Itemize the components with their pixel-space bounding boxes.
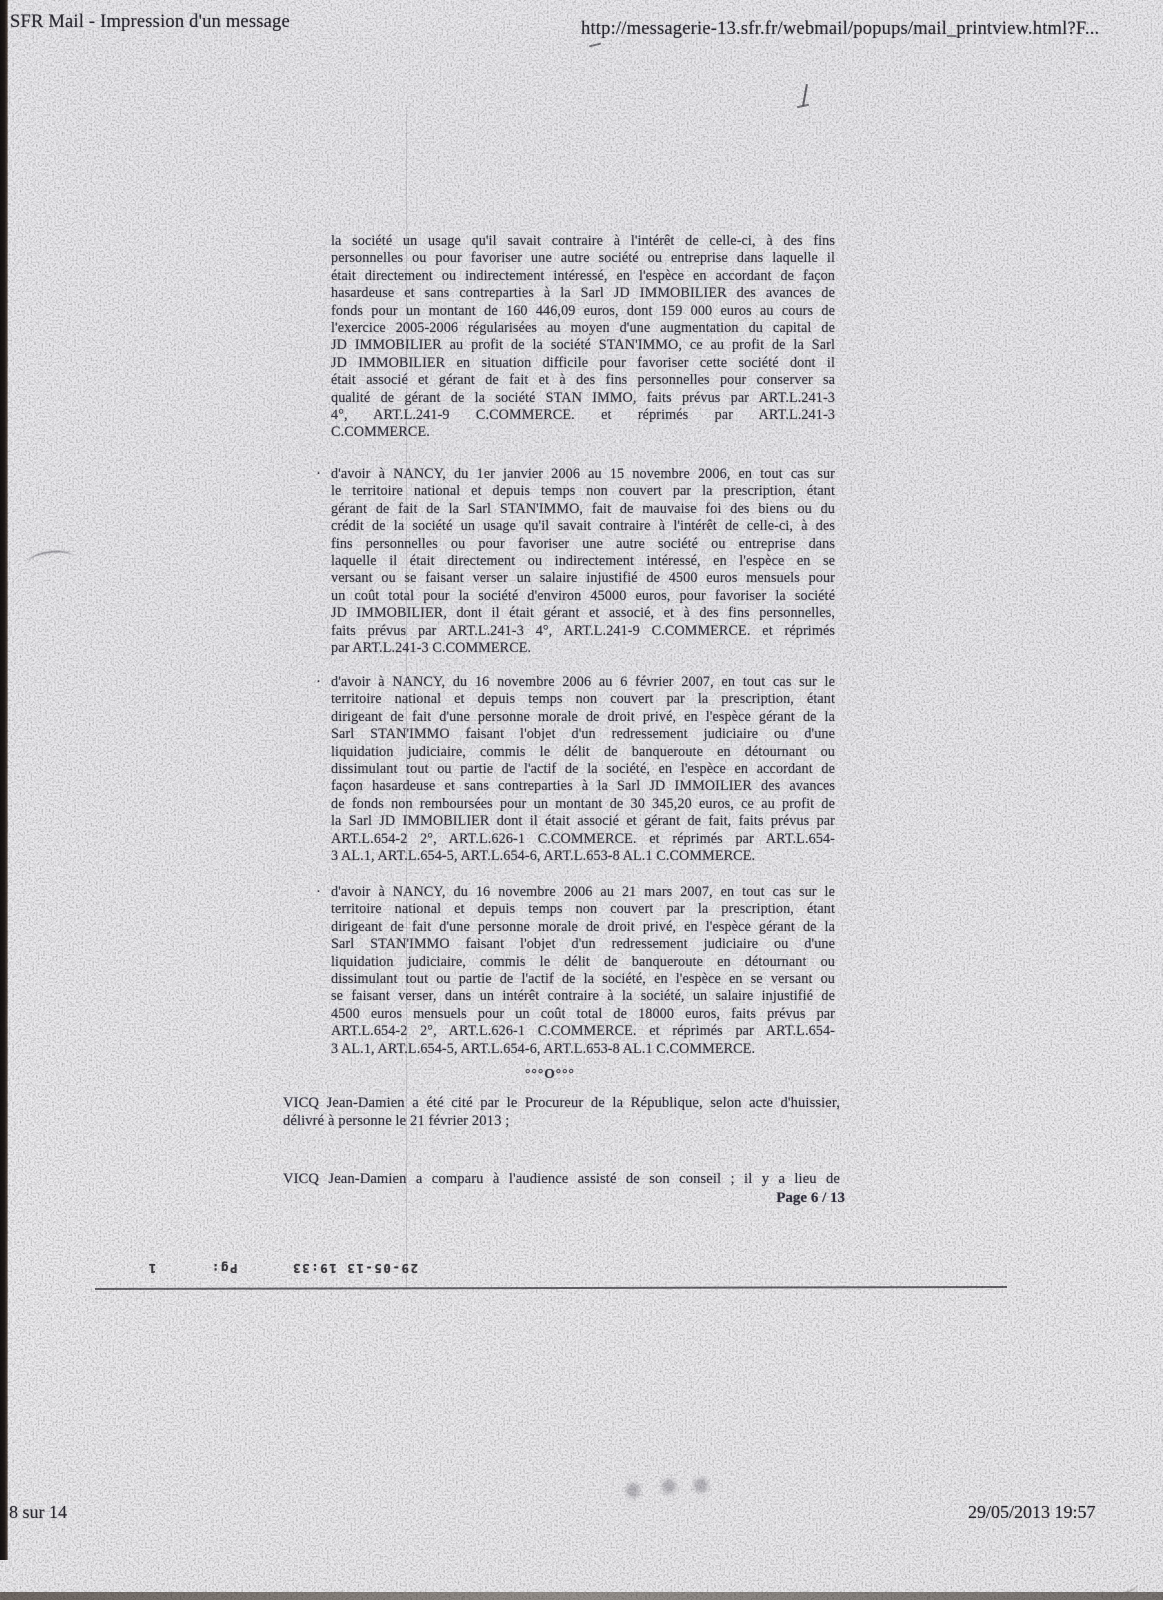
text-line: dissimulant tout ou partie de l'actif de… [331, 761, 835, 778]
paragraph: la société un usage qu'il savait contrai… [331, 233, 835, 442]
text-line: qualité de gérant de la société STAN IMM… [331, 390, 835, 407]
text-line: hasardeuse et sans contreparties à la Sa… [331, 285, 835, 302]
text-line: faits prévus par ART.L.241-3 4°, ART.L.2… [331, 623, 835, 640]
text-line: façon hasardeuse et sans contreparties à… [331, 778, 835, 795]
text-line: JD IMMOBILIER, dont il était gérant et a… [331, 605, 835, 622]
text-line: crédit de la société un usage qu'il sava… [331, 518, 835, 535]
text-line: liquidation judiciaire, commis le délit … [331, 744, 835, 761]
text-line: liquidation judiciaire, commis le délit … [331, 954, 835, 971]
scan-artifact-smudge [662, 1479, 676, 1494]
closing-paragraph: VICQ Jean-Damien a comparu à l'audience … [283, 1171, 840, 1189]
text-line: dirigeant de fait d'une personne morale … [331, 709, 835, 726]
text-line: JD IMMOBILIER au profit de la société ST… [331, 337, 835, 354]
bullet-marker: · [316, 466, 321, 483]
text-line: d'avoir à NANCY, du 16 novembre 2006 au … [331, 884, 835, 901]
footer-page-count: 8 sur 14 [9, 1502, 67, 1523]
paragraph: · d'avoir à NANCY, du 16 novembre 2006 a… [331, 884, 835, 1058]
closing-paragraph: VICQ Jean-Damien a été cité par le Procu… [283, 1095, 840, 1130]
text-line: Sarl STAN'IMMO faisant l'objet d'un redr… [331, 726, 835, 743]
bullet-marker: · [316, 884, 321, 901]
scan-edge-bottom [0, 1592, 1163, 1600]
text-line: 4500 euros mensuels pour un coût total d… [331, 1006, 835, 1023]
text-line: 3 AL.1, ART.L.654-5, ART.L.654-6, ART.L.… [331, 848, 835, 865]
text-line: ART.L.654-2 2°, ART.L.626-1 C.COMMERCE. … [331, 831, 835, 848]
paragraph: · d'avoir à NANCY, du 1er janvier 2006 a… [331, 466, 835, 657]
text-line: laquelle il était directement ou indirec… [331, 553, 835, 570]
text-line: territoire national et depuis temps non … [331, 691, 835, 708]
text-line: dissimulant tout ou partie de l'actif de… [331, 971, 835, 988]
text-line: l'exercice 2005-2006 régularisées au moy… [331, 320, 835, 337]
text-line: fins personnelles ou pour favoriser une … [331, 536, 835, 553]
text-line: était directement ou indirectement intér… [331, 268, 835, 285]
fax-separator-line [95, 1286, 1007, 1290]
text-line: était associé et gérant de fait et à des… [331, 372, 835, 389]
section-separator: °°°O°°° [331, 1066, 835, 1082]
scan-artifact-curl [27, 548, 75, 571]
text-line: JD IMMOBILIER en situation difficile pou… [331, 355, 835, 372]
text-line: gérant de fait de la Sarl STAN'IMMO, fai… [331, 501, 835, 518]
fax-timestamp-upside-down: 29-05-13 19:33 Pg: 1 [150, 1261, 418, 1276]
scan-artifact-stroke-foot [797, 104, 809, 108]
text-line: fonds pour un montant de 160 446,09 euro… [331, 303, 835, 320]
scan-artifact-dash [589, 43, 601, 48]
text-line: d'avoir à NANCY, du 16 novembre 2006 au … [331, 674, 835, 691]
text-line: la société un usage qu'il savait contrai… [331, 233, 835, 250]
footer-datetime: 29/05/2013 19:57 [968, 1502, 1096, 1523]
text-line: 3 AL.1, ART.L.654-5, ART.L.654-6, ART.L.… [331, 1041, 835, 1058]
text-line: VICQ Jean-Damien a été cité par le Procu… [283, 1095, 840, 1113]
text-line: ART.L.654-2 2°, ART.L.626-1 C.COMMERCE. … [331, 1023, 835, 1040]
text-line: la Sarl JD IMMOBILIER dont il était asso… [331, 813, 835, 830]
scan-artifact-stroke [802, 84, 808, 106]
paragraph: · d'avoir à NANCY, du 16 novembre 2006 a… [331, 674, 835, 865]
text-line: territoire national et depuis temps non … [331, 901, 835, 918]
scanned-page: SFR Mail - Impression d'un message http:… [0, 0, 1163, 1600]
text-line: C.COMMERCE. [331, 424, 835, 441]
text-line: d'avoir à NANCY, du 1er janvier 2006 au … [331, 466, 835, 483]
text-line: 4°, ART.L.241-9 C.COMMERCE. et réprimés … [331, 407, 835, 424]
text-line: se faisant verser, dans un intérêt contr… [331, 988, 835, 1005]
text-line: de fonds non remboursées pour un montant… [331, 796, 835, 813]
text-line: Sarl STAN'IMMO faisant l'objet d'un redr… [331, 936, 835, 953]
page-url: http://messagerie-13.sfr.fr/webmail/popu… [581, 19, 1099, 40]
text-line: versant ou se faisant verser un salaire … [331, 570, 835, 587]
page-number: Page 6 / 13 [283, 1190, 845, 1207]
text-line: par ART.L.241-3 C.COMMERCE. [331, 640, 835, 657]
text-line: délivré à personne le 21 février 2013 ; [283, 1113, 840, 1131]
scan-artifact-smudge [694, 1478, 708, 1493]
text-line: personnelles ou pour favoriser une autre… [331, 250, 835, 267]
scan-artifact-smudge [626, 1483, 640, 1498]
text-line: un coût total pour la société d'environ … [331, 588, 835, 605]
text-line: dirigeant de fait d'une personne morale … [331, 919, 835, 936]
bullet-marker: · [316, 674, 321, 691]
text-line: VICQ Jean-Damien a comparu à l'audience … [283, 1171, 840, 1189]
scan-edge-left [0, 0, 8, 1560]
text-line: le territoire national et depuis temps n… [331, 483, 835, 500]
window-title: SFR Mail - Impression d'un message [10, 12, 290, 33]
